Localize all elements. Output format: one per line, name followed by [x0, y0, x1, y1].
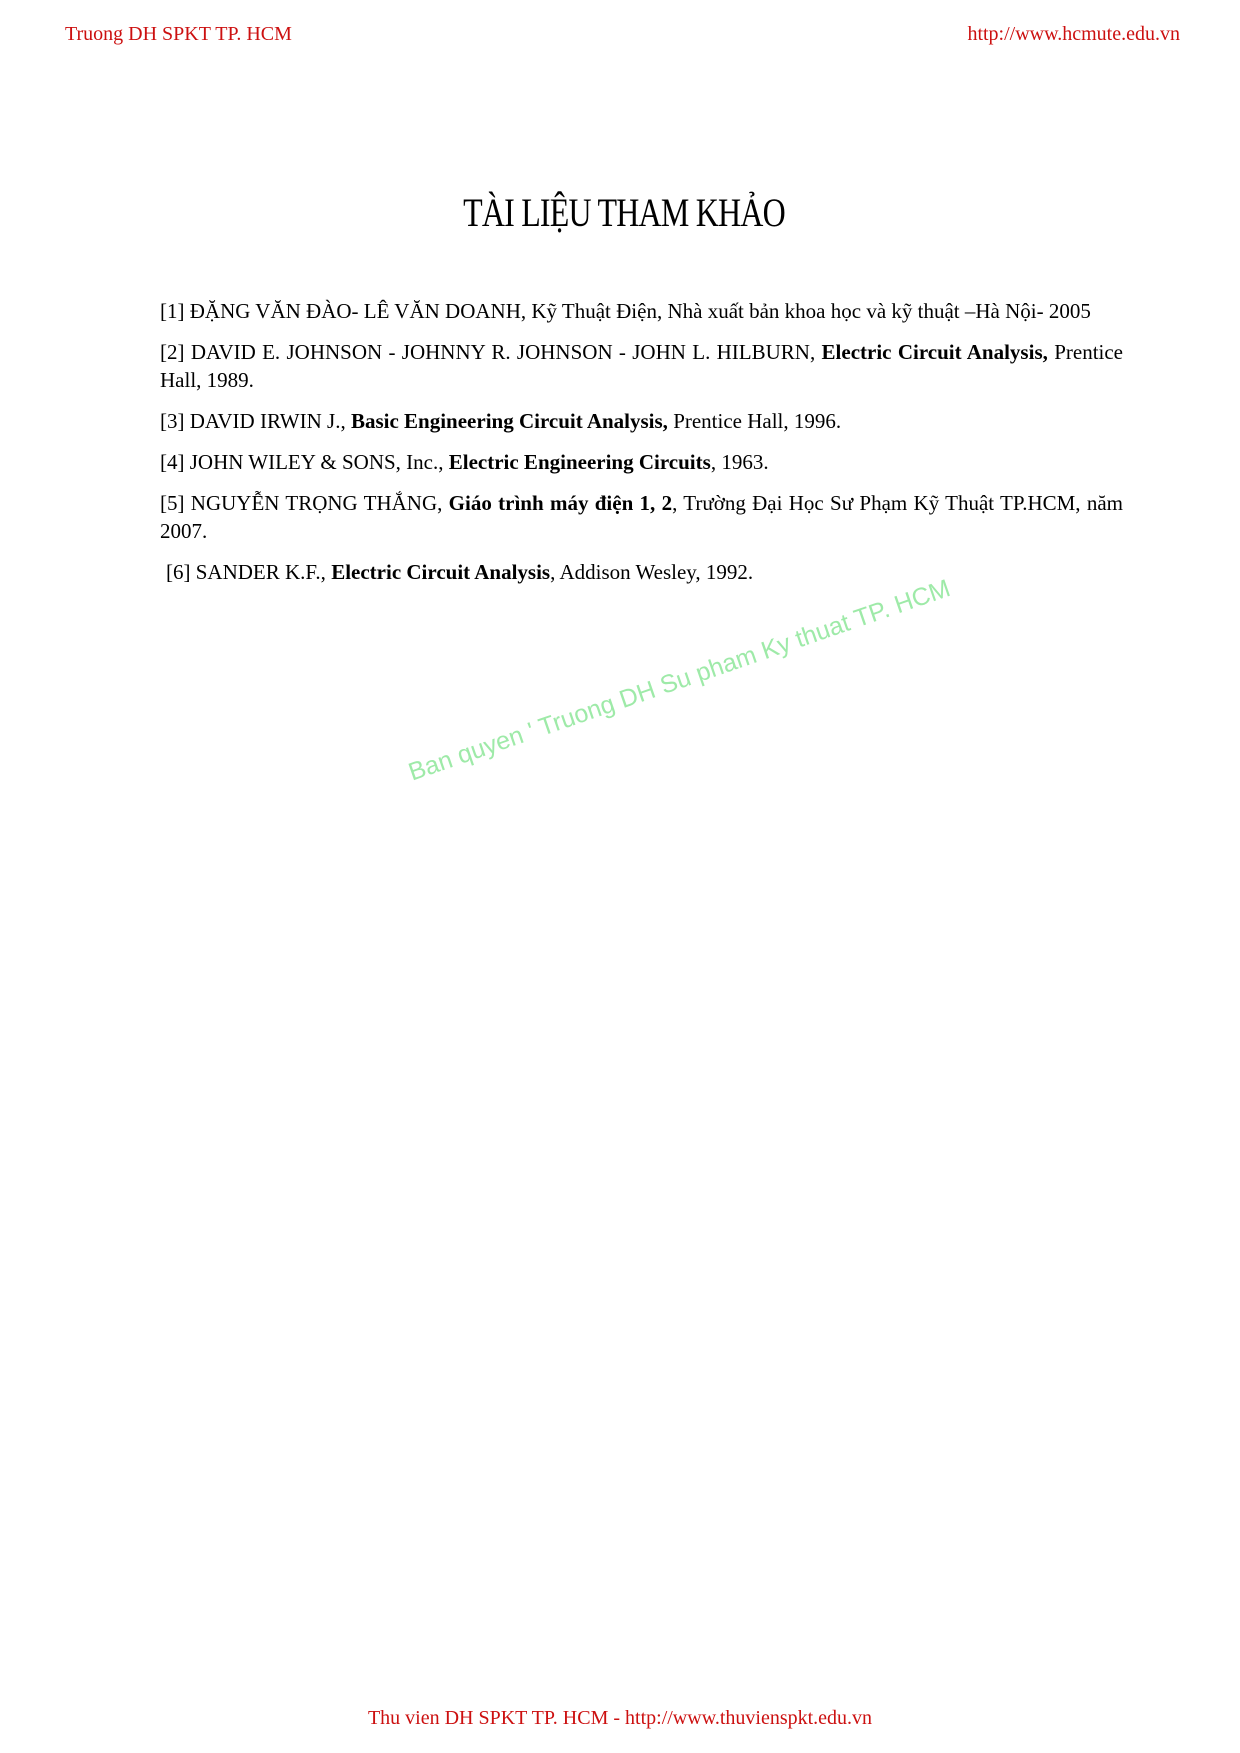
header-url-link[interactable]: http://www.hcmute.edu.vn	[967, 22, 1180, 46]
reference-item-4: [4] JOHN WILEY & SONS, Inc., Electric En…	[160, 448, 1123, 476]
reference-authors: DAVID E. JOHNSON - JOHNNY R. JOHNSON - J…	[185, 340, 822, 364]
header-school-name: Truong DH SPKT TP. HCM	[65, 22, 292, 46]
footer-library-link[interactable]: Thu vien DH SPKT TP. HCM - http://www.th…	[0, 1706, 1240, 1730]
reference-item-2: [2] DAVID E. JOHNSON - JOHNNY R. JOHNSON…	[160, 338, 1123, 394]
reference-item-6: [6] SANDER K.F., Electric Circuit Analys…	[160, 558, 1123, 586]
reference-number: [5]	[160, 491, 185, 515]
reference-title: Electric Circuit Analysis	[331, 560, 550, 584]
reference-authors: ĐẶNG VĂN ĐÀO- LÊ VĂN DOANH, Kỹ Thuật Điệ…	[185, 299, 1091, 323]
reference-authors: DAVID IRWIN J.,	[185, 409, 351, 433]
reference-authors: NGUYỄN TRỌNG THẮNG,	[185, 491, 449, 515]
reference-number: [6]	[166, 560, 191, 584]
reference-publisher: , Addison Wesley, 1992.	[550, 560, 753, 584]
reference-number: [3]	[160, 409, 185, 433]
reference-item-3: [3] DAVID IRWIN J., Basic Engineering Ci…	[160, 407, 1123, 435]
reference-list: [1] ĐẶNG VĂN ĐÀO- LÊ VĂN DOANH, Kỹ Thuật…	[160, 297, 1123, 599]
reference-item-1: [1] ĐẶNG VĂN ĐÀO- LÊ VĂN DOANH, Kỹ Thuật…	[160, 297, 1123, 325]
reference-title: Electric Engineering Circuits	[449, 450, 711, 474]
reference-publisher: , 1963.	[711, 450, 769, 474]
reference-title: Electric Circuit Analysis,	[822, 340, 1048, 364]
reference-number: [4]	[160, 450, 185, 474]
page-title: TÀI LIỆU THAM KHẢO	[128, 188, 1120, 238]
reference-title: Giáo trình máy điện 1, 2	[449, 491, 672, 515]
reference-number: [1]	[160, 299, 185, 323]
reference-item-5: [5] NGUYỄN TRỌNG THẮNG, Giáo trình máy đ…	[160, 489, 1123, 545]
reference-authors: JOHN WILEY & SONS, Inc.,	[185, 450, 449, 474]
reference-authors: SANDER K.F.,	[191, 560, 332, 584]
reference-title: Basic Engineering Circuit Analysis,	[351, 409, 668, 433]
copyright-watermark: Ban quyen ' Truong DH Su pham Ky thuat T…	[405, 574, 954, 787]
reference-number: [2]	[160, 340, 185, 364]
reference-publisher: Prentice Hall, 1996.	[668, 409, 841, 433]
